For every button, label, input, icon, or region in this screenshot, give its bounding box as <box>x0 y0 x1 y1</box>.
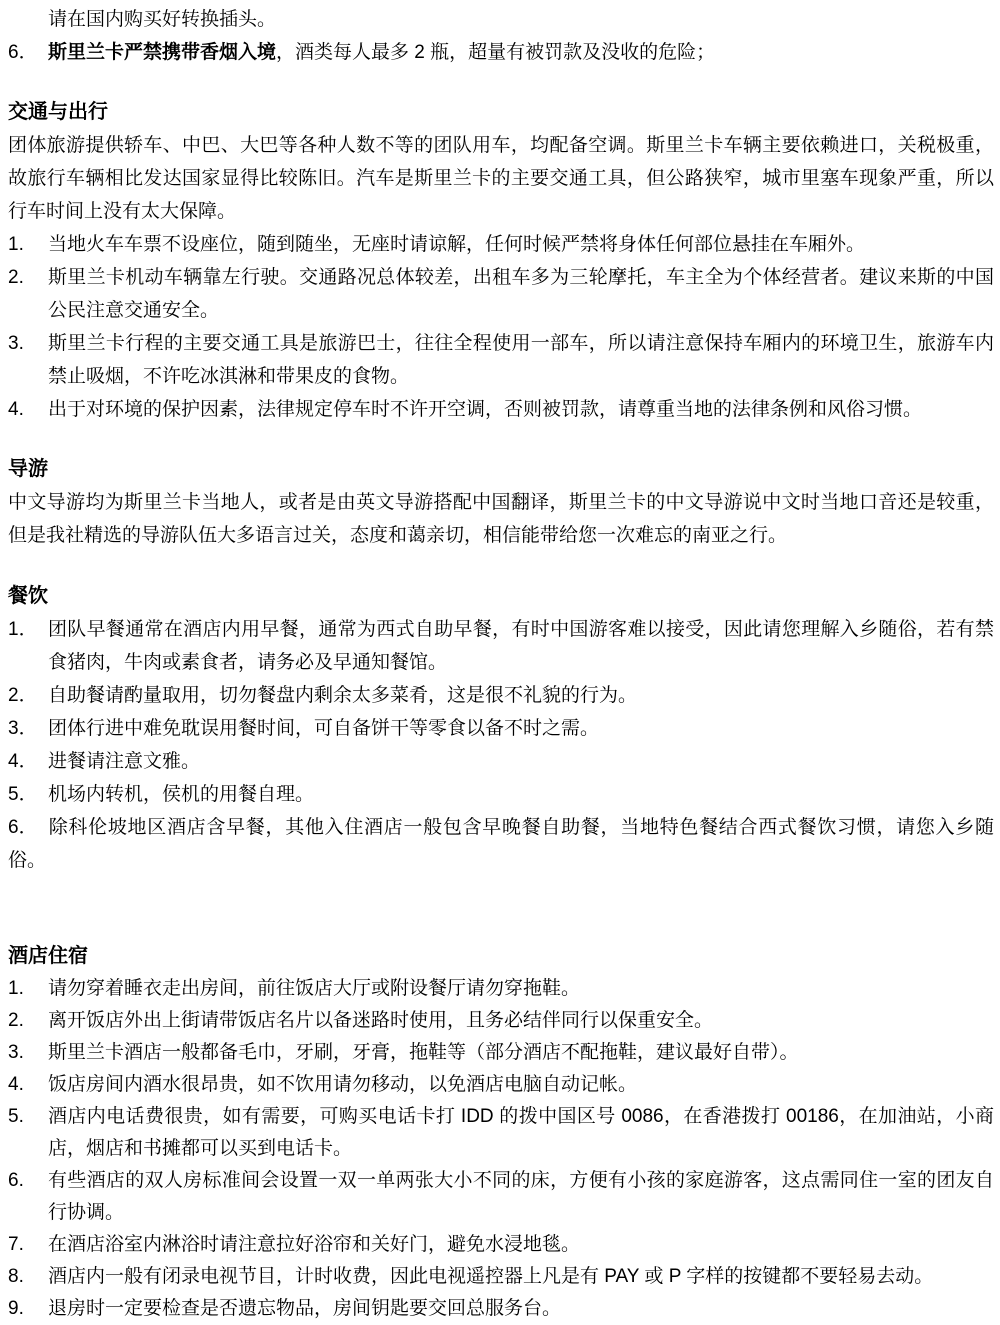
list-item: 6. 有些酒店的双人房标准间会设置一双一单两张大小不同的床，方便有小孩的家庭游客… <box>8 1165 994 1229</box>
list-item: 1． 团队早餐通常在酒店内用早餐，通常为西式自助早餐，有时中国游客难以接受，因此… <box>8 613 994 679</box>
list-item: 6．除科伦坡地区酒店含早餐，其他入住酒店一般包含早晚餐自助餐，当地特色餐结合西式… <box>8 811 994 877</box>
list-number: 5． <box>8 778 38 811</box>
list-item-text: 离开饭店外出上街请带饭店名片以备迷路时使用，且务必结伴同行以保重安全。 <box>48 1010 713 1031</box>
list-item: 2． 自助餐请酌量取用，切勿餐盘内剩余太多菜肴，这是很不礼貌的行为。 <box>8 679 994 712</box>
list-item-text: 在酒店浴室内淋浴时请注意拉好浴帘和关好门，避免水浸地毯。 <box>48 1234 580 1255</box>
list-item: 3. 斯里兰卡行程的主要交通工具是旅游巴士，往往全程使用一部车，所以请注意保持车… <box>8 327 994 393</box>
list-number: 5. <box>8 1101 24 1133</box>
list-item: 8. 酒店内一般有闭录电视节目，计时收费，因此电视遥控器上凡是有 PAY 或 P… <box>8 1261 994 1293</box>
section-heading-transport: 交通与出行 <box>8 96 994 129</box>
list-number: 6． <box>8 36 38 69</box>
list-item-text: 斯里兰卡酒店一般都备毛巾，牙刷，牙膏，拖鞋等（部分酒店不配拖鞋，建议最好自带）。 <box>48 1042 799 1063</box>
list-item-text: 酒店内一般有闭录电视节目，计时收费，因此电视遥控器上凡是有 PAY 或 P 字样… <box>48 1266 933 1287</box>
list-item-text: 斯里兰卡机动车辆靠左行驶。交通路况总体较差，出租车多为三轮摩托，车主全为个体经营… <box>48 267 994 321</box>
list-item: 3． 团体行进中难免耽误用餐时间，可自备饼干等零食以备不时之需。 <box>8 712 994 745</box>
list-number: 8. <box>8 1261 24 1293</box>
list-number: 7. <box>8 1229 24 1261</box>
list-item: 3. 斯里兰卡酒店一般都备毛巾，牙刷，牙膏，拖鞋等（部分酒店不配拖鞋，建议最好自… <box>8 1037 994 1069</box>
list-number: 3. <box>8 1037 24 1069</box>
list-number: 6． <box>8 811 48 844</box>
list-number: 1． <box>8 613 38 646</box>
list-item: 4. 饭店房间内酒水很昂贵，如不饮用请勿移动，以免酒店电脑自动记帐。 <box>8 1069 994 1101</box>
list-item: 2. 离开饭店外出上街请带饭店名片以备迷路时使用，且务必结伴同行以保重安全。 <box>8 1005 994 1037</box>
list-item: 9. 退房时一定要检查是否遗忘物品，房间钥匙要交回总服务台。 <box>8 1293 994 1325</box>
list-item: 4． 进餐请注意文雅。 <box>8 745 994 778</box>
list-item-text: 自助餐请酌量取用，切勿餐盘内剩余太多菜肴，这是很不礼貌的行为。 <box>48 685 637 706</box>
intro-item-6: 6． 斯里兰卡严禁携带香烟入境，酒类每人最多 2 瓶，超量有被罚款及没收的危险； <box>8 36 994 69</box>
section-heading-guide: 导游 <box>8 453 994 486</box>
list-number: 2. <box>8 261 24 294</box>
intro-continuation-line: 请在国内购买好转换插头。 <box>8 3 994 36</box>
list-number: 6. <box>8 1165 24 1197</box>
list-number: 3. <box>8 327 24 360</box>
list-number: 2. <box>8 1005 24 1037</box>
list-number: 9. <box>8 1293 24 1325</box>
list-item: 7. 在酒店浴室内淋浴时请注意拉好浴帘和关好门，避免水浸地毯。 <box>8 1229 994 1261</box>
list-item: 5． 机场内转机，侯机的用餐自理。 <box>8 778 994 811</box>
section-heading-dining: 餐饮 <box>8 580 994 613</box>
list-item-text: 团体行进中难免耽误用餐时间，可自备饼干等零食以备不时之需。 <box>48 718 599 739</box>
list-item-text: 出于对环境的保护因素，法律规定停车时不许开空调，否则被罚款，请尊重当地的法律条例… <box>48 399 922 420</box>
list-item: 4. 出于对环境的保护因素，法律规定停车时不许开空调，否则被罚款，请尊重当地的法… <box>8 393 994 426</box>
list-item-text: 团队早餐通常在酒店内用早餐，通常为西式自助早餐，有时中国游客难以接受，因此请您理… <box>48 619 994 673</box>
intro-item-6-bold-text: 斯里兰卡严禁携带香烟入境 <box>48 42 276 63</box>
list-number: 4. <box>8 393 24 426</box>
list-item-text: 当地火车车票不设座位，随到随坐，无座时请谅解，任何时候严禁将身体任何部位悬挂在车… <box>48 234 865 255</box>
transport-paragraph: 团体旅游提供轿车、中巴、大巴等各种人数不等的团队用车，均配备空调。斯里兰卡车辆主… <box>8 129 994 228</box>
hotel-list: 1. 请勿穿着睡衣走出房间，前往饭店大厅或附设餐厅请勿穿拖鞋。 2. 离开饭店外… <box>8 973 994 1325</box>
list-item: 1. 请勿穿着睡衣走出房间，前往饭店大厅或附设餐厅请勿穿拖鞋。 <box>8 973 994 1005</box>
dining-list: 1． 团队早餐通常在酒店内用早餐，通常为西式自助早餐，有时中国游客难以接受，因此… <box>8 613 994 877</box>
list-item-text: 请勿穿着睡衣走出房间，前往饭店大厅或附设餐厅请勿穿拖鞋。 <box>48 978 580 999</box>
list-item: 2. 斯里兰卡机动车辆靠左行驶。交通路况总体较差，出租车多为三轮摩托，车主全为个… <box>8 261 994 327</box>
document-page: 请在国内购买好转换插头。 6． 斯里兰卡严禁携带香烟入境，酒类每人最多 2 瓶，… <box>0 0 1000 1325</box>
list-item-text: 机场内转机，侯机的用餐自理。 <box>48 784 314 805</box>
list-item-text: 斯里兰卡行程的主要交通工具是旅游巴士，往往全程使用一部车，所以请注意保持车厢内的… <box>48 333 994 387</box>
intro-item-6-rest-text: ，酒类每人最多 2 瓶，超量有被罚款及没收的危险； <box>276 42 715 63</box>
transport-list: 1. 当地火车车票不设座位，随到随坐，无座时请谅解，任何时候严禁将身体任何部位悬… <box>8 228 994 426</box>
list-item-text: 有些酒店的双人房标准间会设置一双一单两张大小不同的床，方便有小孩的家庭游客，这点… <box>48 1170 994 1223</box>
list-number: 3． <box>8 712 38 745</box>
guide-paragraph: 中文导游均为斯里兰卡当地人，或者是由英文导游搭配中国翻译，斯里兰卡的中文导游说中… <box>8 486 994 552</box>
list-item-text: 饭店房间内酒水很昂贵，如不饮用请勿移动，以免酒店电脑自动记帐。 <box>48 1074 637 1095</box>
list-number: 1. <box>8 228 24 261</box>
list-item-text: 除科伦坡地区酒店含早餐，其他入住酒店一般包含早晚餐自助餐，当地特色餐结合西式餐饮… <box>8 817 994 871</box>
list-number: 4． <box>8 745 38 778</box>
list-item: 1. 当地火车车票不设座位，随到随坐，无座时请谅解，任何时候严禁将身体任何部位悬… <box>8 228 994 261</box>
list-number: 2． <box>8 679 38 712</box>
list-item-text: 酒店内电话费很贵，如有需要，可购买电话卡打 IDD 的拨中国区号 0086，在香… <box>48 1106 994 1159</box>
section-heading-hotel: 酒店住宿 <box>8 940 994 973</box>
list-number: 4. <box>8 1069 24 1101</box>
list-item-text: 进餐请注意文雅。 <box>48 751 200 772</box>
list-item-text: 退房时一定要检查是否遗忘物品，房间钥匙要交回总服务台。 <box>48 1298 561 1319</box>
list-number: 1. <box>8 973 24 1005</box>
list-item: 5. 酒店内电话费很贵，如有需要，可购买电话卡打 IDD 的拨中国区号 0086… <box>8 1101 994 1165</box>
